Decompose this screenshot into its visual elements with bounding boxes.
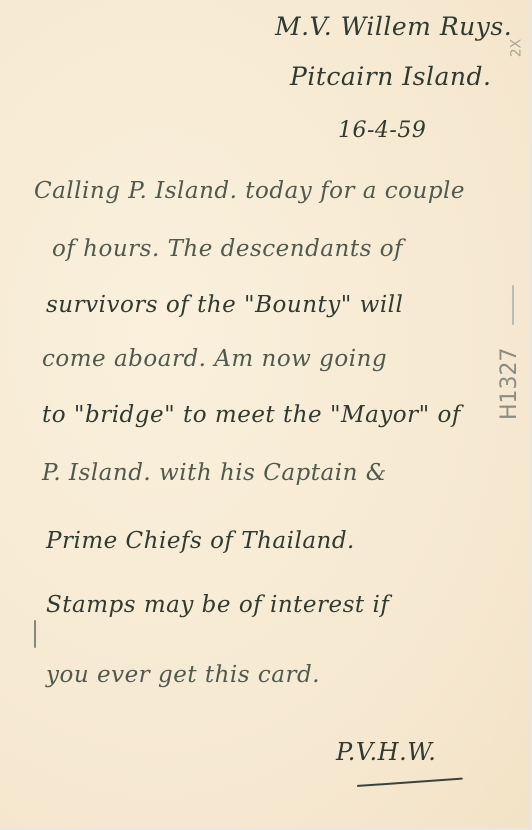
signature-underline — [357, 778, 463, 787]
body-line-2: of hours. The descendants of — [52, 236, 403, 262]
body-line-5: to "bridge" to meet the "Mayor" of — [42, 402, 461, 428]
body-line-3: survivors of the "Bounty" will — [46, 292, 403, 318]
margin-pencil-mark — [34, 620, 36, 648]
body-line-7: Prime Chiefs of Thailand. — [46, 528, 355, 554]
body-line-9: you ever get this card. — [46, 662, 320, 688]
body-line-6: P. Island. with his Captain & — [42, 460, 387, 486]
body-line-1: Calling P. Island. today for a couple — [34, 178, 465, 204]
body-line-8: Stamps may be of interest if — [46, 592, 389, 618]
postcard: M.V. Willem Ruys. Pitcairn Island. 16-4-… — [0, 0, 532, 830]
ship-name: M.V. Willem Ruys. — [275, 12, 512, 41]
signature: P.V.H.W. — [336, 738, 436, 766]
edge-pencil-mark — [512, 285, 514, 325]
archive-number: H1327 — [497, 347, 522, 420]
location: Pitcairn Island. — [290, 62, 491, 91]
body-line-4: come aboard. Am now going — [42, 346, 387, 372]
corner-pencil-mark: 2X — [508, 39, 524, 58]
date: 16-4-59 — [338, 118, 426, 143]
